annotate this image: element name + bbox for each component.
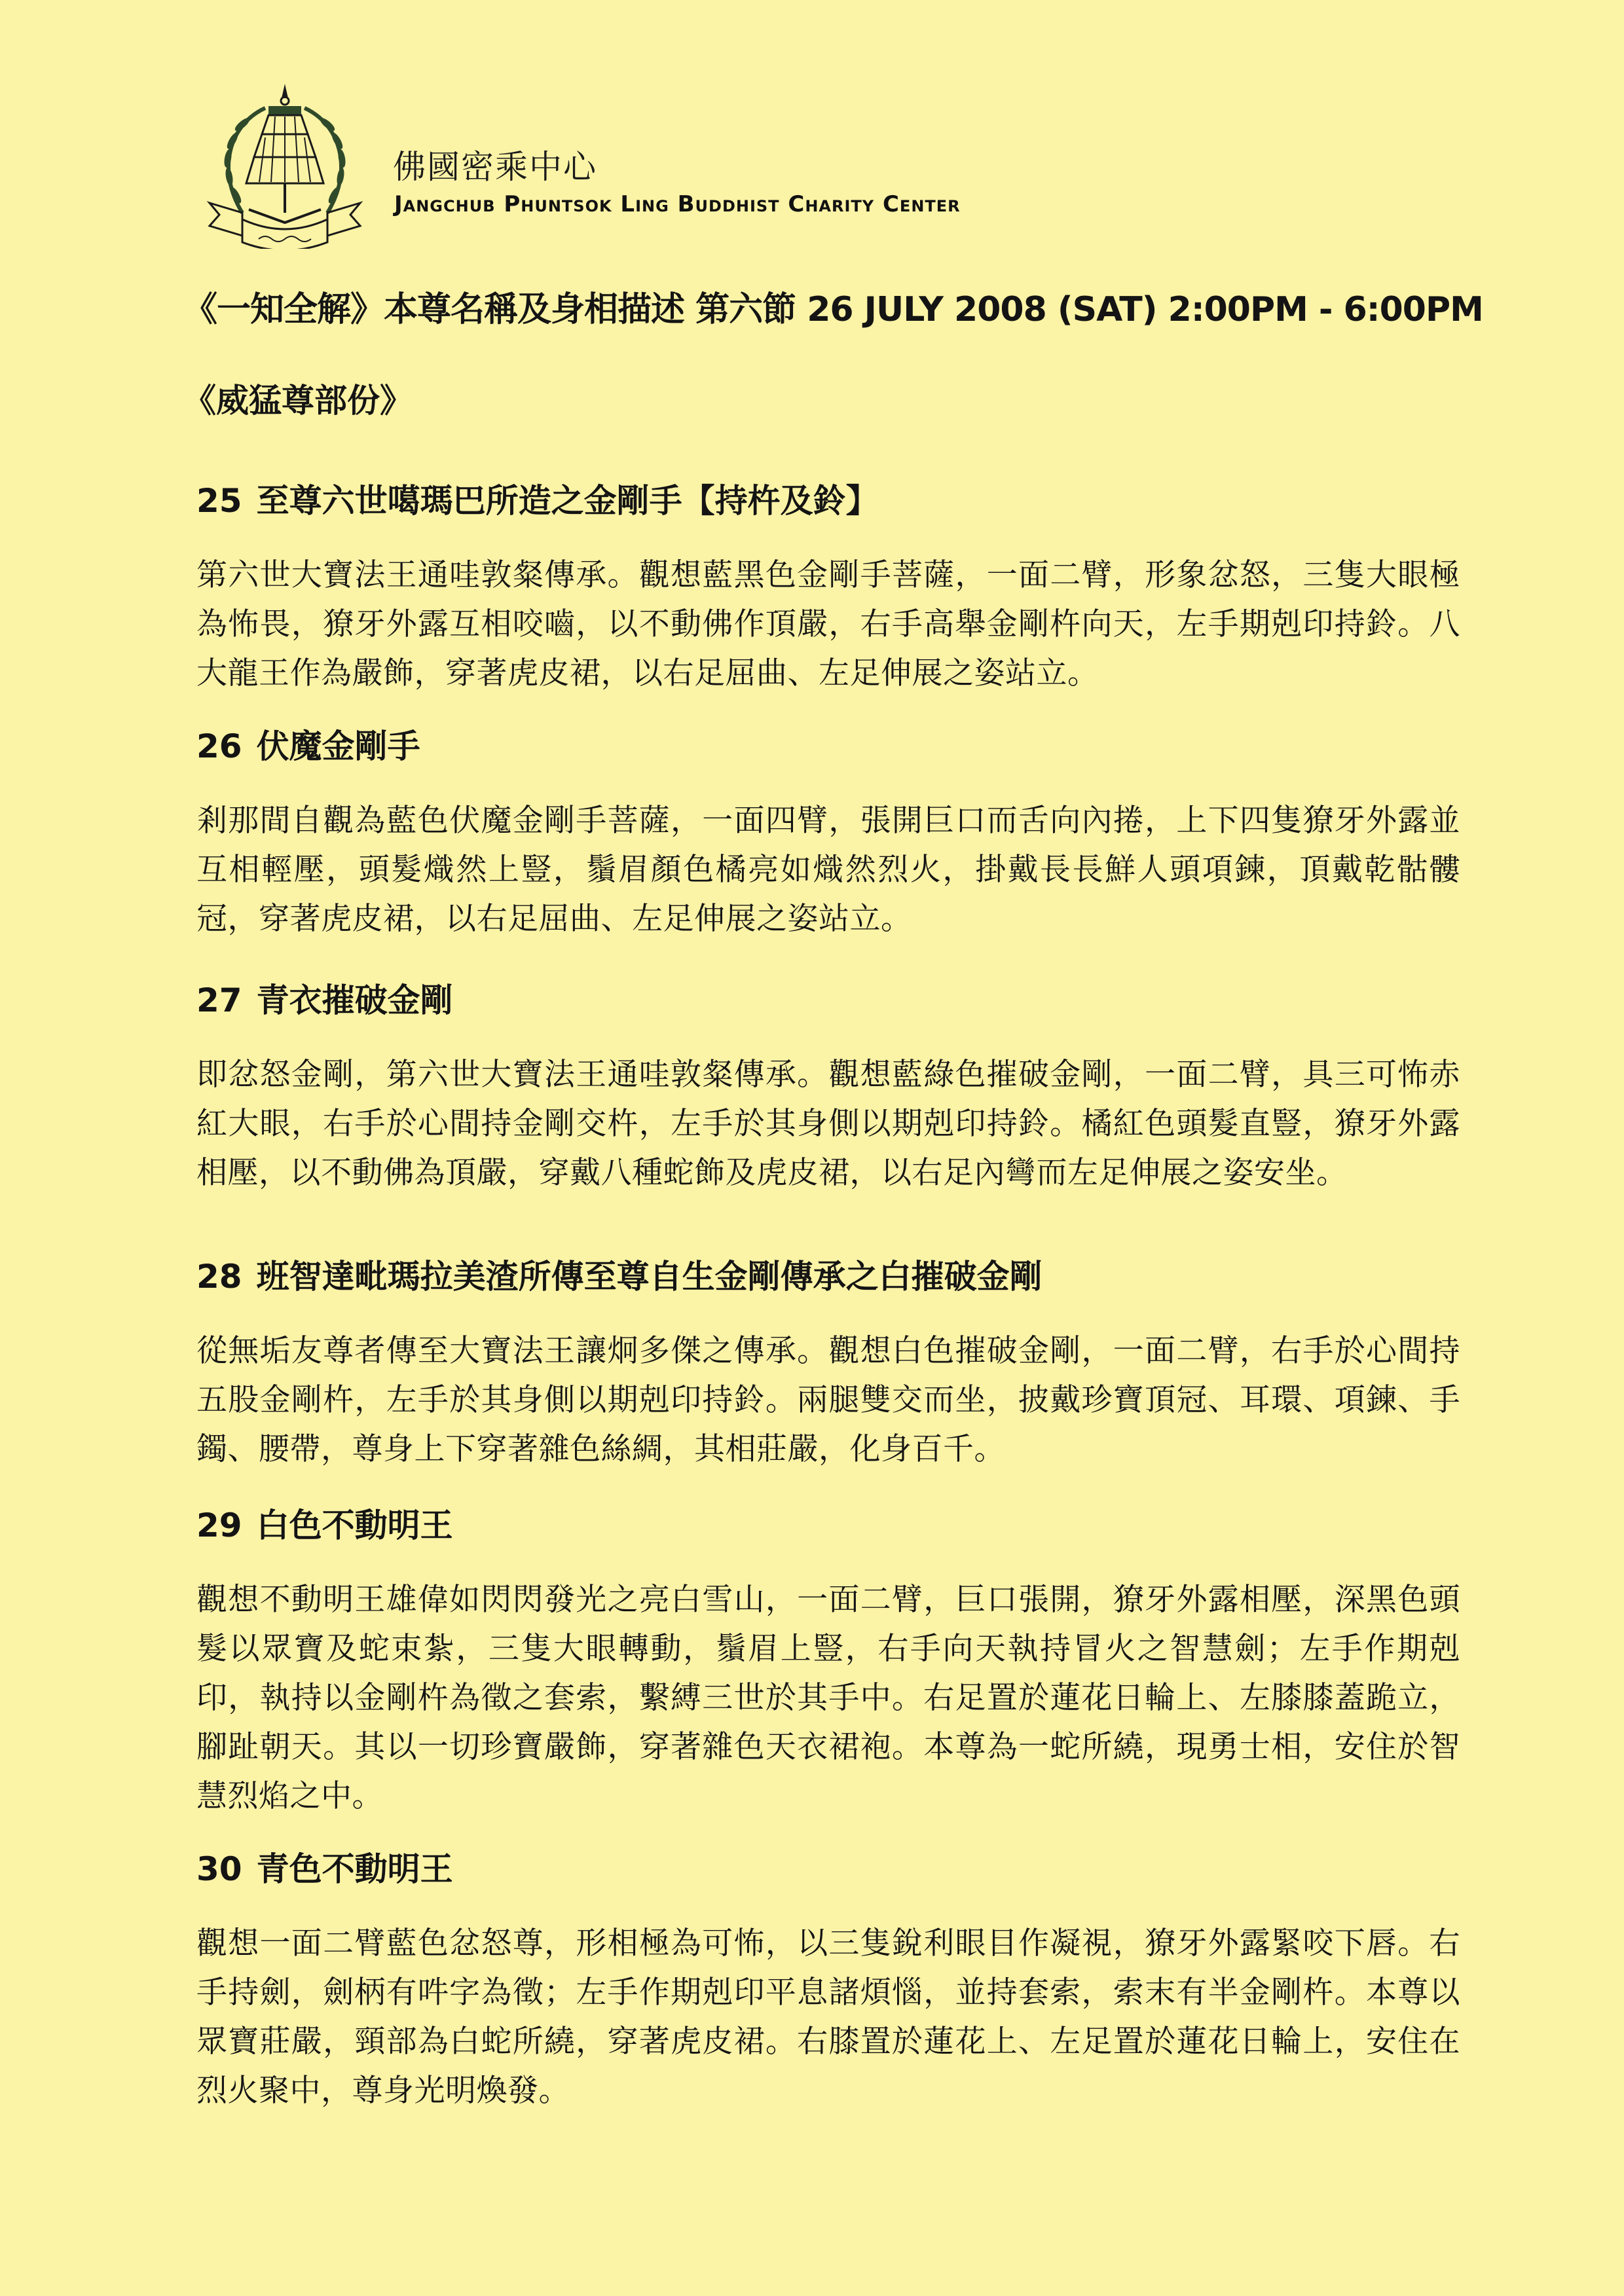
document-subtitle: 《威猛尊部份》	[183, 374, 413, 422]
letterhead: 佛國密乘中心 Jangchub Phuntsok Ling Buddhist C…	[203, 79, 1185, 249]
section-number: 25	[196, 482, 242, 520]
section-30: 30青色不動明王 觀想一面二臂藍色忿怒尊，形相極為可怖，以三隻銳利眼目作凝視，獠…	[196, 1843, 1460, 2115]
section-title: 班智達毗瑪拉美渣所傳至尊自生金剛傳承之白摧破金剛	[257, 1258, 1043, 1296]
organization-name-chinese: 佛國密乘中心	[393, 141, 597, 188]
section-number: 28	[196, 1258, 242, 1296]
section-number: 29	[196, 1506, 242, 1544]
section-number: 27	[196, 981, 242, 1019]
section-heading: 25至尊六世噶瑪巴所造之金剛手【持杵及鈴】	[196, 475, 1460, 522]
section-body: 即忿怒金剛，第六世大寶法王通哇敦粲傳承。觀想藍綠色摧破金剛，一面二臂，具三可怖赤…	[196, 1050, 1460, 1197]
section-title: 至尊六世噶瑪巴所造之金剛手【持杵及鈴】	[257, 482, 879, 520]
section-26: 26伏魔金剛手 剎那間自觀為藍色伏魔金剛手菩薩，一面四臂，張開巨口而舌向內捲，上…	[196, 720, 1460, 943]
section-title: 白色不動明王	[257, 1506, 453, 1544]
section-body: 觀想不動明王雄偉如閃閃發光之亮白雪山，一面二臂，巨口張開，獠牙外露相壓，深黑色頭…	[196, 1575, 1460, 1821]
organization-name-english: Jangchub Phuntsok Ling Buddhist Charity …	[394, 191, 961, 217]
section-title: 青色不動明王	[257, 1850, 453, 1888]
section-title: 青衣摧破金剛	[257, 981, 453, 1019]
section-body: 從無垢友尊者傳至大寶法王讓炯多傑之傳承。觀想白色摧破金剛，一面二臂，右手於心間持…	[196, 1326, 1460, 1474]
section-heading: 29白色不動明王	[196, 1499, 1460, 1546]
section-number: 26	[196, 727, 242, 765]
section-heading: 26伏魔金剛手	[196, 720, 1460, 767]
section-28: 28班智達毗瑪拉美渣所傳至尊自生金剛傳承之白摧破金剛 從無垢友尊者傳至大寶法王讓…	[196, 1250, 1460, 1474]
section-29: 29白色不動明王 觀想不動明王雄偉如閃閃發光之亮白雪山，一面二臂，巨口張開，獠牙…	[196, 1499, 1460, 1821]
section-25: 25至尊六世噶瑪巴所造之金剛手【持杵及鈴】 第六世大寶法王通哇敦粲傳承。觀想藍黑…	[196, 475, 1460, 698]
section-body: 第六世大寶法王通哇敦粲傳承。觀想藍黑色金剛手菩薩，一面二臂，形象忿怒，三隻大眼極…	[196, 551, 1460, 698]
section-heading: 30青色不動明王	[196, 1843, 1460, 1890]
section-title: 伏魔金剛手	[257, 727, 420, 765]
parasol-emblem-logo	[203, 79, 367, 249]
section-body: 觀想一面二臂藍色忿怒尊，形相極為可怖，以三隻銳利眼目作凝視，獠牙外露緊咬下唇。右…	[196, 1919, 1460, 2115]
document-page: 佛國密乘中心 Jangchub Phuntsok Ling Buddhist C…	[0, 0, 1624, 2296]
section-body: 剎那間自觀為藍色伏魔金剛手菩薩，一面四臂，張開巨口而舌向內捲，上下四隻獠牙外露並…	[196, 796, 1460, 943]
document-title: 《一知全解》本尊名稱及身相描述 第六節 26 JULY 2008 (SAT) 2…	[183, 282, 1483, 331]
section-number: 30	[196, 1850, 242, 1888]
section-heading: 28班智達毗瑪拉美渣所傳至尊自生金剛傳承之白摧破金剛	[196, 1250, 1460, 1298]
parasol-emblem-icon	[203, 79, 367, 249]
section-27: 27青衣摧破金剛 即忿怒金剛，第六世大寶法王通哇敦粲傳承。觀想藍綠色摧破金剛，一…	[196, 974, 1460, 1197]
section-heading: 27青衣摧破金剛	[196, 974, 1460, 1021]
